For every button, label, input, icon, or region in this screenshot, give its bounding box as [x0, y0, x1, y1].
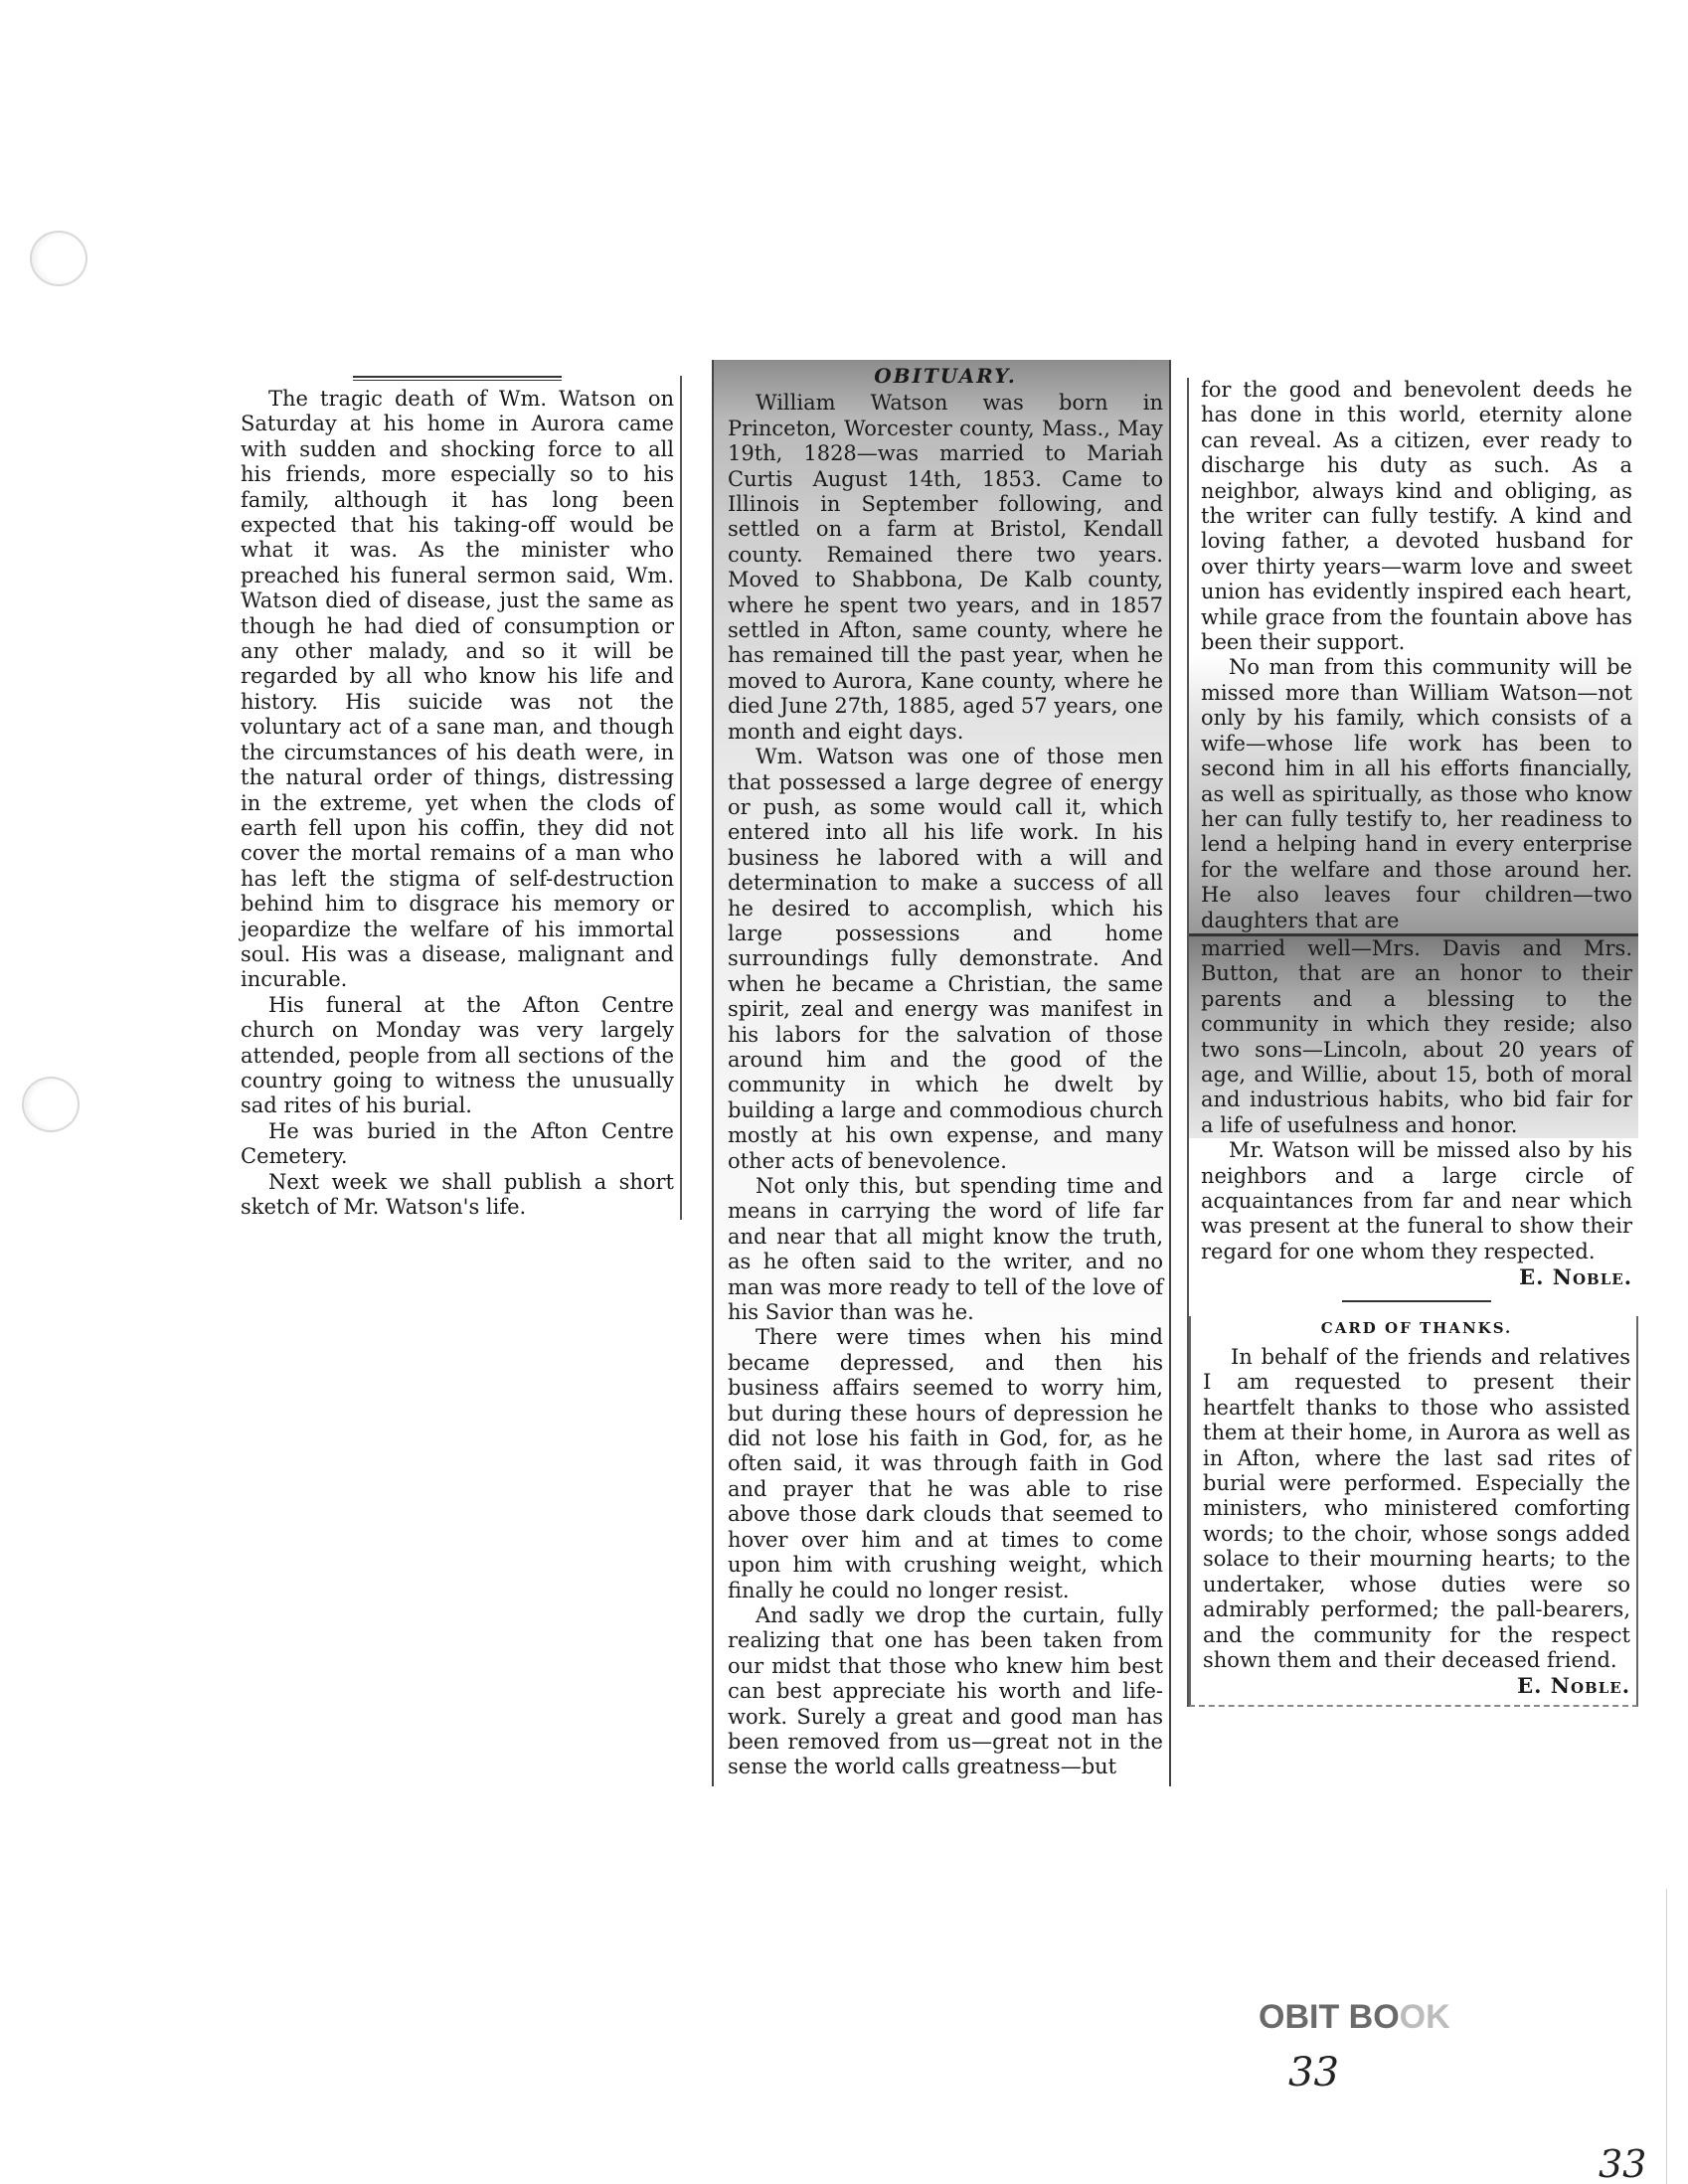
left-paragraph-1: The tragic death of Wm. Watson on Saturd… — [241, 387, 674, 993]
news-column-left: The tragic death of Wm. Watson on Saturd… — [237, 376, 682, 1220]
obituary-paragraph-3: Not only this, but spending time and mea… — [728, 1174, 1163, 1325]
obit-book-stamp: OBIT BOOK — [1259, 1998, 1450, 2037]
card-of-thanks-title: CARD OF THANKS. — [1203, 1316, 1630, 1341]
obituary-paragraph-1: William Watson was born in Princeton, Wo… — [728, 391, 1163, 745]
left-paragraph-2: His funeral at the Afton Centre church o… — [241, 993, 674, 1119]
shaded-clipping-a: No man from this community will be misse… — [1189, 655, 1638, 932]
family-paragraph-b: married well—Mrs. Davis and Mrs. Button,… — [1201, 936, 1632, 1138]
continuation-paragraph: for the good and benevolent deeds he has… — [1201, 378, 1632, 655]
handwritten-book-number: 33 — [1288, 2050, 1339, 2096]
signature-noble-1: E. Noble. — [1201, 1264, 1632, 1289]
obituary-continuation-column: for the good and benevolent deeds he has… — [1187, 378, 1638, 1707]
section-divider — [1342, 1300, 1491, 1302]
shaded-clipping-b: married well—Mrs. Davis and Mrs. Button,… — [1189, 933, 1638, 1138]
obituary-paragraph-4: There were times when his mind became de… — [728, 1325, 1163, 1602]
obituary-heading: OBITUARY. — [728, 364, 1163, 389]
stamp-faded-text: OK — [1400, 1998, 1450, 2036]
scan-edge-line — [1666, 1889, 1667, 2184]
binder-hole-top — [30, 231, 87, 286]
stamp-visible-text: OBIT BO — [1259, 1998, 1400, 2036]
obituary-column: OBITUARY. William Watson was born in Pri… — [712, 360, 1171, 1786]
binder-hole-middle — [22, 1077, 80, 1132]
column-rule — [353, 376, 562, 381]
missed-paragraph: Mr. Watson will be missed also by his ne… — [1201, 1138, 1632, 1264]
obituary-paragraph-5: And sadly we drop the curtain, fully rea… — [728, 1603, 1163, 1780]
obituary-paragraph-2: Wm. Watson was one of those men that pos… — [728, 745, 1163, 1174]
left-paragraph-3: He was buried in the Afton Centre Cemete… — [241, 1119, 674, 1170]
family-paragraph-a: No man from this community will be misse… — [1201, 655, 1632, 932]
card-of-thanks: CARD OF THANKS. In behalf of the friends… — [1189, 1316, 1638, 1707]
left-paragraph-4: Next week we shall publish a short sketc… — [241, 1170, 674, 1221]
card-of-thanks-body: In behalf of the friends and relatives I… — [1203, 1345, 1630, 1673]
signature-noble-2: E. Noble. — [1203, 1673, 1630, 1698]
handwritten-page-number: 33 — [1599, 2142, 1646, 2184]
